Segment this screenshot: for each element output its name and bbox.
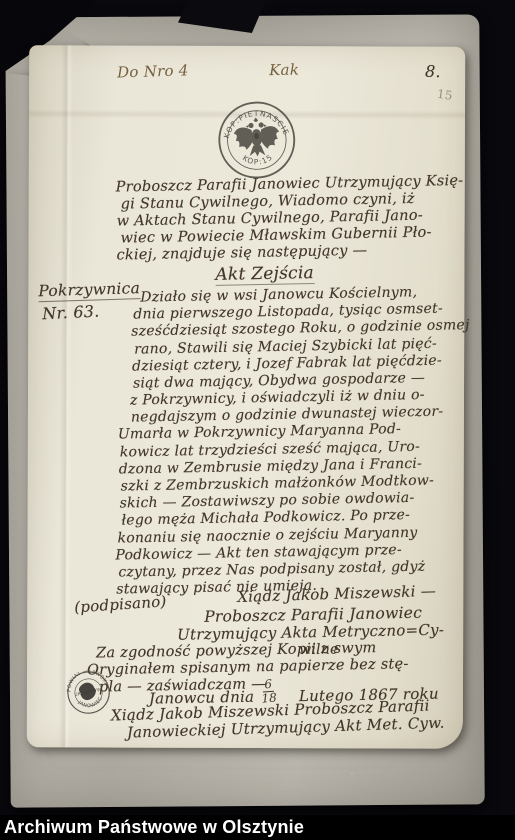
margin-act-number: Nr. 63. xyxy=(42,302,100,324)
page-number: 8. xyxy=(425,62,441,82)
pencil-foliation: 15 xyxy=(436,87,454,103)
reference-annotation: Do Nro 4 xyxy=(117,61,189,81)
paper-crease xyxy=(59,45,73,747)
act-heading: Akt Zejścia xyxy=(215,263,314,286)
archive-name: Archiwum Państwowe w Olsztynie xyxy=(0,817,304,838)
archival-photo: Do Nro 4 Kak 8. 15 KOP:PIETNASCIE KOP:15 xyxy=(0,0,515,840)
ink-blot xyxy=(78,681,97,701)
revenue-stamp: KOP:PIETNASCIE KOP:15 xyxy=(216,99,298,185)
priest-title-line: Utrzymujący Akta Metryczno=Cy- xyxy=(177,621,444,644)
parish-civil-registry-stamp: POWIAT MŁAWSKI JANOWIEC URZ:ST:CYW: xyxy=(63,666,116,722)
archive-caption-bar: Archiwum Państwowe w Olsztynie xyxy=(0,815,515,840)
cyrillic-note: Kak xyxy=(269,61,299,79)
handwritten-line: ckiej, znajduje się następujący — xyxy=(116,243,367,264)
podpisano-note: (podpisano) xyxy=(74,592,167,616)
margin-place-name: Pokrzywnica xyxy=(38,279,140,302)
document-page: Do Nro 4 Kak 8. 15 KOP:PIETNASCIE KOP:15 xyxy=(27,45,465,749)
